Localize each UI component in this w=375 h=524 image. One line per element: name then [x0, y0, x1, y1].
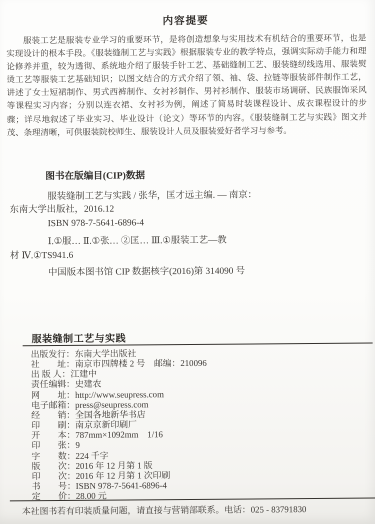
entry-label: 印 张： [31, 440, 75, 451]
cip-title-line: 服装缝制工艺与实践 / 张华，匡才远主编. — 南京： [47, 189, 364, 203]
entry-label: 责任编辑： [31, 379, 75, 390]
colophon-entries: 出版发行：东南大学出版社 社 址：南京市四牌楼 2 号 邮编：210096 出 … [31, 347, 373, 502]
entry-label: 出版发行： [31, 349, 75, 360]
cip-section: 图书在版编目(CIP)数据 服装缝制工艺与实践 / 张华，匡才远主编. — 南京… [9, 169, 365, 280]
cip-classification-line: Ⅰ.①服… Ⅱ.①张… ②匡… Ⅲ.①服装工艺—教 [48, 235, 365, 249]
cip-classification-cont-line: 材 Ⅳ.①TS941.6 [10, 248, 365, 262]
cip-record-number-line: 中国版本图书馆 CIP 数据核字(2016)第 314090 号 [48, 266, 365, 280]
colophon-book-title: 服装缝制工艺与实践 [32, 329, 127, 345]
entry-label: 印 刷： [31, 420, 75, 431]
entry-value: 史建农 [75, 379, 101, 389]
entry-value: 2016 年 12 月第 1 版 [76, 460, 153, 471]
entry-value: 2016 年 12 月第 1 次印刷 [76, 470, 171, 481]
cip-isbn-line: ISBN 978-7-5641-6896-4 [48, 216, 365, 230]
summary-heading: 内容提要 [0, 12, 373, 30]
entry-label: 印 次： [32, 471, 76, 482]
cip-publisher-line: 东南大学出版社，2016.12 [10, 203, 365, 217]
entry-label: 网 址： [31, 390, 75, 401]
entry-label: 电子邮箱： [31, 400, 75, 411]
summary-paragraph: 服装工艺是服装专业学习的重要环节，是将创造想象与实用技术有机结合的重要环节，也是… [6, 32, 367, 140]
entry-label: 字 数： [31, 450, 75, 461]
entry-value: 9 [75, 440, 79, 450]
scanned-book-page: 内容提要 服装工艺是服装专业学习的重要环节，是将创造想象与实用技术有机结合的重要… [0, 0, 375, 524]
entry-value: 224 千字 [75, 450, 108, 460]
entry-value: 南京京新印刷厂 [75, 419, 137, 430]
entry-value: ISBN 978-7-5641-6896-4 [76, 480, 167, 491]
entry-value: press@seupress.com [75, 399, 148, 410]
footer-quality-note: 本社图书若有印装质量问题，请直接与营销部联系。电话：025 - 83791830 [22, 502, 373, 518]
entry-value: 东南大学出版社 [75, 348, 137, 359]
entry-value: 南京市四牌楼 2 号 邮编：210096 [75, 358, 207, 369]
entry-value: http://www.seupress.com [75, 389, 164, 400]
entry-label: 书 号： [32, 481, 76, 492]
scan-tilt-layer: 内容提要 服装工艺是服装专业学习的重要环节，是将创造想象与实用技术有机结合的重要… [0, 0, 375, 524]
cip-heading: 图书在版编目(CIP)数据 [45, 169, 364, 183]
entry-label: 经 销： [31, 410, 75, 421]
entry-value: 全国各地新华书店 [75, 409, 145, 420]
entry-label: 版 次： [32, 461, 76, 472]
entry-value: 787mm×1092mm 1/16 [75, 429, 163, 440]
